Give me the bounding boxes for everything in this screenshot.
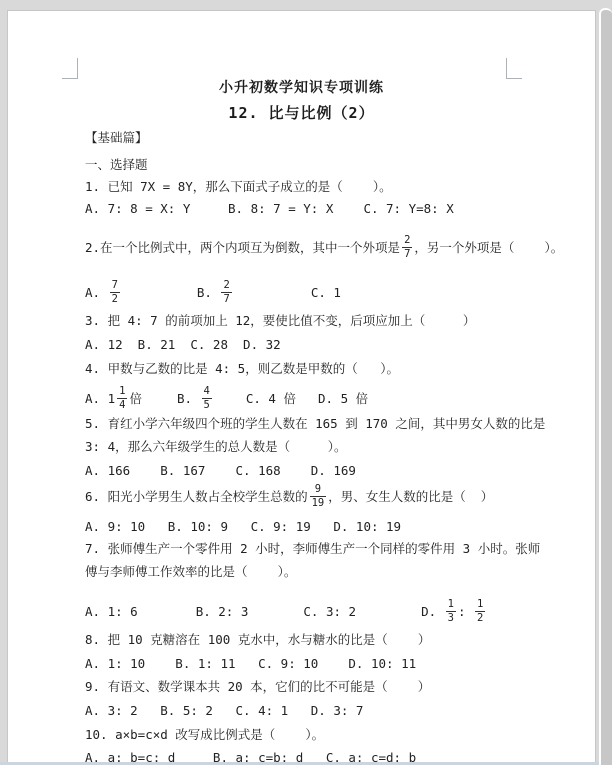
question-2-stem: 2.在一个比例式中，两个内项互为倒数，其中一个外项是27，另一个外项是（ ）。 bbox=[85, 232, 563, 262]
question-7-options: A. 1: 6B. 2: 3C. 3: 2D. 13: 12 bbox=[85, 594, 487, 628]
q4-option-d: D. 5 倍 bbox=[318, 391, 368, 406]
q2-option-a-label: A. bbox=[85, 285, 108, 300]
q2-option-c: C. 1 bbox=[311, 285, 341, 300]
question-2-options: A. 72B. 27C. 1 bbox=[85, 275, 341, 309]
q7-option-c: C. 3: 2 bbox=[303, 604, 356, 619]
question-7-stem-line2: 傅与李师傅工作效率的比是（ ）。 bbox=[85, 564, 296, 579]
q7-option-d-label: D. bbox=[421, 604, 444, 619]
question-3-stem: 3. 把 4: 7 的前项加上 12，要使比值不变，后项应加上（ ） bbox=[85, 313, 475, 328]
margin-crop-mark-right-icon bbox=[506, 58, 522, 79]
section-heading: 【基础篇】 bbox=[85, 130, 148, 145]
document-subtitle: 12. 比与比例（2） bbox=[8, 102, 595, 123]
question-8-stem: 8. 把 10 克糖溶在 100 克水中，水与糖水的比是（ ） bbox=[85, 632, 430, 647]
question-4-options: A. 114倍B. 45C. 4 倍D. 5 倍 bbox=[85, 382, 368, 414]
part-heading: 一、选择题 bbox=[85, 157, 148, 172]
q7-option-b: B. 2: 3 bbox=[196, 604, 249, 619]
q7-option-a: A. 1: 6 bbox=[85, 604, 138, 619]
question-3-options: A. 12 B. 21 C. 28 D. 32 bbox=[85, 337, 281, 352]
question-10-stem: 10. a×b=c×d 改写成比例式是（ ）。 bbox=[85, 727, 324, 742]
q4-option-b-label: B. bbox=[177, 391, 200, 406]
question-1-options: A. 7: 8 = X: Y B. 8: 7 = Y: X C. 7: Y=8:… bbox=[85, 201, 454, 216]
question-5-options: A. 166 B. 167 C. 168 D. 169 bbox=[85, 463, 356, 478]
q6-stem-fraction: 919 bbox=[310, 483, 327, 508]
q2-stem-text-post: ，另一个外项是（ ）。 bbox=[414, 240, 563, 255]
q6-stem-text-pre: 6. 阳光小学男生人数占全校学生总数的 bbox=[85, 489, 308, 504]
document-title: 小升初数学知识专项训练 bbox=[8, 77, 595, 97]
question-5-stem-line1: 5. 育红小学六年级四个班的学生人数在 165 到 170 之间，其中男女人数的… bbox=[85, 416, 545, 431]
q4-option-b-fraction: 45 bbox=[202, 385, 212, 410]
q2-stem-fraction: 27 bbox=[402, 234, 412, 259]
q2-stem-text-pre: 2.在一个比例式中，两个内项互为倒数，其中一个外项是 bbox=[85, 240, 400, 255]
q4-option-c: C. 4 倍 bbox=[246, 391, 296, 406]
question-8-options: A. 1: 10 B. 1: 11 C. 9: 10 D. 10: 11 bbox=[85, 656, 416, 671]
q4-option-a-suffix: 倍 bbox=[129, 391, 142, 406]
q7-option-d-colon: : bbox=[458, 604, 473, 619]
question-6-options: A. 9: 10 B. 10: 9 C. 9: 19 D. 10: 19 bbox=[85, 519, 401, 534]
question-5-stem-line2: 3: 4，那么六年级学生的总人数是（ ）。 bbox=[85, 439, 346, 454]
q2-option-b-label: B. bbox=[197, 285, 220, 300]
q2-option-b-fraction: 27 bbox=[221, 279, 231, 304]
vertical-scrollbar[interactable] bbox=[599, 8, 612, 765]
q7-option-d-fraction-2: 12 bbox=[475, 598, 485, 623]
q4-option-a-label: A. 1 bbox=[85, 391, 115, 406]
q6-stem-text-post: ，男、女生人数的比是（ ） bbox=[328, 489, 493, 504]
q7-option-d-fraction-1: 13 bbox=[446, 598, 456, 623]
q4-option-a-fraction: 14 bbox=[117, 385, 127, 410]
question-9-options: A. 3: 2 B. 5: 2 C. 4: 1 D. 3: 7 bbox=[85, 703, 363, 718]
question-7-stem-line1: 7. 张师傅生产一个零件用 2 小时，李师傅生产一个同样的零件用 3 小时。张师 bbox=[85, 541, 540, 556]
question-9-stem: 9. 有语文、数学课本共 20 本，它们的比不可能是（ ） bbox=[85, 679, 430, 694]
q2-option-a-fraction: 72 bbox=[110, 279, 120, 304]
question-6-stem: 6. 阳光小学男生人数占全校学生总数的919，男、女生人数的比是（ ） bbox=[85, 480, 493, 512]
question-1-stem: 1. 已知 7X = 8Y，那么下面式子成立的是（ ）。 bbox=[85, 179, 392, 194]
document-page: 小升初数学知识专项训练 12. 比与比例（2） 【基础篇】 一、选择题 1. 已… bbox=[7, 10, 596, 765]
question-4-stem: 4. 甲数与乙数的比是 4: 5，则乙数是甲数的（ ）。 bbox=[85, 361, 399, 376]
margin-crop-mark-left-icon bbox=[62, 58, 78, 79]
